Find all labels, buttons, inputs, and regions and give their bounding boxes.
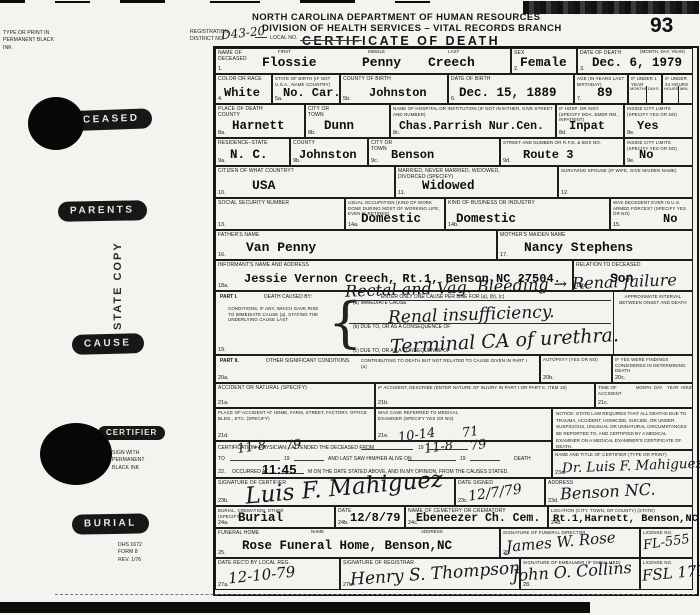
field-marital-status: MARRIED, NEVER MARRIED, WIDOWED, DIVORCE…: [395, 166, 558, 198]
county-of-birth-value: Johnston: [369, 86, 427, 100]
citizen-value: USA: [252, 178, 275, 193]
field-number: 14a.: [348, 223, 359, 229]
field-cemetery: NAME OF CEMETERY OR CREMATORY 24c. Ebene…: [405, 506, 548, 528]
burial-stamp: BURIAL: [72, 513, 149, 534]
residence-county-value: Johnston: [299, 148, 357, 162]
field-residence-state: RESIDENCE–STATE 9a. N. C.: [215, 138, 290, 166]
blank-line: [294, 453, 324, 461]
field-number: 5a.: [275, 97, 283, 103]
field-place-of-death-city: CITY OR TOWN 8b. Dunn: [305, 104, 390, 138]
field-label: IF ACCIDENT, DESCRIBE (ENTER NATURE OF I…: [378, 385, 592, 391]
field-label: PLACE OF DEATH COUNTY: [218, 106, 264, 119]
to-label: TO: [218, 456, 225, 462]
field-number: 21b.: [378, 401, 389, 407]
date-of-birth-value: Dec. 15, 1889: [459, 86, 557, 100]
field-burial-cremation: BURIAL, CREMATION, OTHER (SPECIFY) 24a. …: [215, 506, 335, 528]
scan-smudge-bar: [523, 1, 699, 14]
scan-artifact: [395, 1, 430, 3]
field-number: 20c.: [615, 376, 625, 382]
field-number: 20a.: [218, 376, 229, 382]
ink-blot: [40, 423, 112, 485]
state-copy-label: STATE COPY: [112, 238, 124, 330]
field-number: 8e.: [627, 131, 635, 137]
scan-dashed-line: [55, 594, 695, 595]
field-label: FATHER'S NAME: [218, 232, 494, 238]
day-subheader: DAY: [654, 386, 662, 391]
field-number: 17.: [500, 253, 508, 259]
cause-line-a: [349, 300, 611, 301]
year-subheader: YEAR: [667, 386, 678, 391]
field-number: 24a.: [218, 521, 229, 527]
field-label: TIME OF ACCIDENT: [598, 385, 632, 396]
residence-state-value: N. C.: [230, 148, 268, 162]
cemetery-value: Ebeneezer Ch. Cem.: [416, 512, 540, 525]
field-armed-forces: WAS DECEDENT EVER IN U.S. ARMED FORCES? …: [610, 198, 693, 230]
field-street-number: STREET AND NUMBER OR R.F.D. & BOX NO. 9d…: [500, 138, 624, 166]
type-or-print-note: TYPE OR PRINT IN PERMANENT BLACK INK: [3, 30, 55, 52]
field-date-of-death: DATE OF DEATH (MONTH, DAY, YEAR) 3. Dec.…: [577, 48, 693, 74]
field-sublabel: (MONTH, DAY, YEAR): [640, 50, 685, 55]
field-inside-city-limits-residence: INSIDE CITY LIMITS (SPECIFY YES OR NO) 9…: [624, 138, 693, 166]
field-number: 8b.: [308, 131, 316, 137]
scan-bottom-bar: [0, 602, 590, 613]
certifier-stamp: CERTIFIER: [98, 426, 165, 440]
field-number: 25.: [218, 551, 226, 557]
field-number: 9e.: [627, 159, 635, 165]
field-findings-considered: IF YES WERE FINDINGS CONSIDERED IN DETER…: [612, 355, 693, 383]
address-subheader: ADDRESS: [421, 530, 443, 535]
blank-line: [470, 453, 500, 461]
interval-label: APPROXIMATE INTERVAL BETWEEN ONSET AND D…: [616, 294, 690, 305]
father-name-value: Van Penny: [246, 240, 316, 255]
field-father-name: FATHER'S NAME 16. Van Penny: [215, 230, 497, 260]
hospital-value: Chas.Parrish Nur.Cen.: [399, 120, 544, 133]
field-number: 9d.: [503, 159, 511, 165]
field-number: 8d.: [559, 131, 567, 137]
date-of-death-value: Dec. 6, 1979: [592, 56, 682, 70]
field-number: 21e.: [378, 434, 389, 440]
field-number: 19.: [218, 348, 226, 354]
inside-city-limits-value: Yes: [637, 119, 659, 133]
ink-blot: [28, 97, 84, 150]
field-label: COUNTY: [293, 140, 365, 146]
field-number: 11.: [398, 191, 405, 197]
field-date-of-birth: DATE OF BIRTH 6. Dec. 15, 1889: [448, 74, 574, 104]
field-label: IF YES WERE FINDINGS CONSIDERED IN DETER…: [615, 357, 690, 374]
document-number: 93: [650, 14, 673, 38]
field-time-of-accident: TIME OF ACCIDENT MONTH DAY YEAR HOUR 21c…: [595, 383, 693, 408]
field-number: 10.: [218, 191, 226, 197]
field-label: KIND OF BUSINESS OR INDUSTRY: [448, 200, 607, 206]
part2-label: PART II.: [220, 358, 239, 364]
death-certificate-scan: NORTH CAROLINA DEPARTMENT OF HUMAN RESOU…: [0, 0, 700, 615]
min-subheader: MIN.: [680, 87, 688, 91]
field-label: DATE OF BIRTH: [451, 76, 571, 82]
race-value: White: [224, 86, 260, 100]
field-number: 18a.: [218, 284, 229, 290]
field-number: 23b.: [218, 499, 229, 505]
mother-name-value: Nancy Stephens: [524, 240, 633, 255]
field-residence-city: CITY OR TOWN 9c. Benson: [368, 138, 500, 166]
field-ssn: SOCIAL SECURITY NUMBER 13.: [215, 198, 345, 230]
field-name-of-deceased: NAME OF DECEASED FIRST MIDDLE LAST 1. Fl…: [215, 48, 511, 74]
scan-artifact: [120, 0, 165, 3]
burial-value: Burial: [238, 511, 283, 525]
sign-note: SIGN WITH PERMANENT BLACK INK: [112, 450, 145, 472]
contributing-label: CONTRIBUTING TO DEATH BUT NOT RELATED TO…: [361, 358, 533, 369]
field-label: AUTOPSY? (YES OR NO): [543, 357, 609, 363]
field-mother-maiden-name: MOTHER'S MAIDEN NAME 17. Nancy Stephens: [497, 230, 693, 260]
marital-status-value: Widowed: [422, 179, 475, 193]
residence-city-value: Benson: [391, 148, 434, 162]
inside-city-limits-value: No: [639, 148, 653, 162]
first-name-value: Flossie: [262, 55, 317, 70]
field-label: FUNERAL HOME: [218, 530, 268, 536]
field-label: INSIDE CITY LIMITS (SPECIFY YES OR NO): [627, 140, 690, 151]
local-number-label: LOCAL NO.: [270, 35, 297, 42]
field-label: WAS CASE REFERRED TO MEDICAL EXAMINER (S…: [378, 410, 468, 421]
field-number: 9c.: [371, 159, 378, 165]
part2-other-conditions: PART II. OTHER SIGNIFICANT CONDITIONS CO…: [215, 355, 540, 383]
armed-forces-value: No: [663, 212, 677, 226]
last-saw-alive-label: AND LAST SAW HIM/HER ALIVE ON: [328, 456, 412, 462]
field-surviving-spouse: SURVIVING SPOUSE (IF WIFE, GIVE MAIDEN N…: [558, 166, 693, 198]
field-label: ACCIDENT OR NATURAL (SPECIFY): [218, 385, 372, 391]
field-label: INSIDE CITY LIMITS (SPECIFY YES OR NO): [627, 106, 690, 117]
field-label: SURVIVING SPOUSE (IF WIFE, GIVE MAIDEN N…: [561, 168, 690, 174]
cell-divider: [646, 86, 647, 103]
field-number: 23c.: [458, 499, 468, 505]
field-place-of-death-county: PLACE OF DEATH COUNTY 8a. Harnett: [215, 104, 305, 138]
field-burial-location: LOCATION (CITY, TOWN, OR COUNTY) (STATE)…: [548, 506, 693, 528]
parents-stamp: PARENTS: [58, 200, 147, 222]
field-if-accident-describe: IF ACCIDENT, DESCRIBE (ENTER NATURE OF I…: [375, 383, 595, 408]
month-subheader: MONTH: [636, 386, 651, 391]
field-label: INFORMANT'S NAME AND ADDRESS: [218, 262, 570, 268]
state-of-birth-value: No. Car.: [283, 86, 341, 100]
blank-line: [300, 33, 362, 41]
field-label: NAME OF DECEASED: [218, 50, 260, 63]
burial-location-value: Rt.1,Harnett, Benson,NC: [553, 513, 698, 525]
field-label: CITIZEN OF WHAT COUNTRY?: [218, 168, 392, 174]
medical-examiner-notice: NOTICE: STATE LAW REQUIRES THAT ALL DEAT…: [552, 408, 693, 450]
occupation-value: Domestic: [361, 212, 421, 226]
middle-name-value: Penny: [362, 55, 401, 70]
field-number: 16.: [218, 253, 226, 259]
year-prefix: 19: [460, 456, 466, 462]
hours-subheader: HOURS: [664, 87, 678, 91]
cause-stamp: CAUSE: [72, 333, 144, 355]
field-label: COLOR OR RACE: [218, 76, 269, 82]
field-number: 21c.: [598, 401, 608, 407]
field-number: 21d.: [218, 434, 229, 440]
field-number: 6.: [451, 97, 456, 103]
last-name-value: Creech: [428, 55, 475, 70]
field-number: 12.: [561, 191, 569, 197]
field-label: COUNTY OF BIRTH: [343, 76, 445, 82]
field-label: WAS DECEDENT EVER IN U.S. ARMED FORCES? …: [613, 200, 690, 217]
header-line1: NORTH CAROLINA DEPARTMENT OF HUMAN RESOU…: [252, 13, 540, 23]
months-subheader: MONTHS: [630, 87, 647, 91]
field-funeral-home: FUNERAL HOME NAME ADDRESS 25. Rose Funer…: [215, 528, 500, 558]
field-number: 3.: [580, 67, 585, 73]
place-of-death-county-value: Harnett: [232, 119, 285, 133]
part1-label: PART I.: [220, 294, 237, 300]
field-number: 2.: [514, 67, 519, 73]
form-number: DHS 1672 FORM 8 REV. 1/76: [118, 542, 142, 564]
field-label: PLACE OF ACCIDENT AT HOME, FARM, STREET,…: [218, 410, 372, 421]
field-number: 21a.: [218, 401, 229, 407]
field-if-hosp-or-inst: IF HOSP. OR INST. (SPECIFY DOA, EMER RM.…: [556, 104, 624, 138]
field-county-of-birth: COUNTY OF BIRTH 5b. Johnston: [340, 74, 448, 104]
registration-district-value: D43-20: [220, 24, 265, 43]
burial-date-value: 12/8/79: [350, 511, 400, 525]
last-alive-year: 79: [469, 437, 487, 454]
field-number: 23d.: [548, 499, 559, 505]
field-number: 4.: [218, 97, 223, 103]
field-label: CITY OR TOWN: [308, 106, 338, 119]
attended-to-year: 79: [284, 437, 302, 454]
field-residence-county: COUNTY 9b. Johnston: [290, 138, 368, 166]
field-citizen-of-country: CITIZEN OF WHAT COUNTRY? 10. USA: [215, 166, 395, 198]
field-number: 9a.: [218, 159, 226, 165]
field-number: 27a.: [218, 583, 229, 589]
field-color-or-race: COLOR OR RACE 4. White: [215, 74, 272, 104]
field-number: 5b.: [343, 97, 351, 103]
place-of-death-city-value: Dunn: [324, 119, 354, 133]
field-if-under-24-hours: IF UNDER 24 HOURS HOURS MIN.: [662, 74, 693, 104]
death-word: DEATH: [514, 456, 531, 462]
field-business-industry: KIND OF BUSINESS OR INDUSTRY 14b. Domest…: [445, 198, 610, 230]
death-caused-by-label: DEATH CAUSED BY:: [264, 294, 312, 300]
field-number: 1.: [218, 67, 223, 73]
field-label: NAME OF HOSPITAL OR INSTITUTION (IF NOT …: [393, 106, 553, 117]
field-number: 13.: [218, 223, 226, 229]
field-label: MOTHER'S MAIDEN NAME: [500, 232, 690, 238]
scan-artifact: [55, 1, 90, 3]
field-number: 24b.: [338, 521, 349, 527]
field-age: AGE (IN YEARS LAST BIRTHDAY) 7. 89: [574, 74, 628, 104]
days-subheader: DAYS: [648, 87, 659, 91]
name-subheader: NAME: [311, 530, 324, 535]
field-place-of-accident: PLACE OF ACCIDENT AT HOME, FARM, STREET,…: [215, 408, 375, 441]
field-state-of-birth: STATE OF BIRTH (IF NOT U.S.A., NAME COUN…: [272, 74, 340, 104]
field-label: STREET AND NUMBER OR R.F.D. & BOX NO.: [503, 140, 621, 146]
cell-divider: [678, 86, 679, 103]
field-usual-occupation: USUAL OCCUPATION (KIND OF WORK DONE DURI…: [345, 198, 445, 230]
funeral-home-value: Rose Funeral Home, Benson,NC: [242, 539, 452, 553]
scan-artifact: [210, 1, 260, 3]
field-number: 8a.: [218, 131, 226, 137]
conditions-note: CONDITIONS, IF ANY, WHICH GAVE RISE TO I…: [228, 306, 320, 323]
scan-artifact: [300, 0, 355, 3]
field-number: 15.: [613, 223, 621, 229]
field-label: RELATION TO DECEASED: [576, 262, 690, 268]
time-of-death-stamp: 11:45: [262, 462, 297, 477]
field-sex: SEX 2. Female: [511, 48, 577, 74]
hour-subheader: HOUR: [681, 386, 693, 391]
sex-value: Female: [520, 55, 567, 70]
field-if-under-1-year: IF UNDER 1 YEAR MONTHS DAYS: [628, 74, 662, 104]
field-accident-or-natural: ACCIDENT OR NATURAL (SPECIFY) 21a.: [215, 383, 375, 408]
field-burial-date: DATE 24b. 12/8/79: [335, 506, 405, 528]
inst-status-value: Inpat: [569, 119, 605, 133]
street-value: Route 3: [523, 148, 573, 162]
field-hospital-or-institution: NAME OF HOSPITAL OR INSTITUTION (IF NOT …: [390, 104, 556, 138]
field-label: SOCIAL SECURITY NUMBER: [218, 200, 342, 206]
field-number: 7.: [577, 97, 582, 103]
field-autopsy: AUTOPSY? (YES OR NO) 20b.: [540, 355, 612, 383]
field-number: 20b.: [543, 376, 554, 382]
field-number: 22.: [218, 469, 226, 476]
field-inside-city-limits-death: INSIDE CITY LIMITS (SPECIFY YES OR NO) 8…: [624, 104, 693, 138]
industry-value: Domestic: [456, 212, 516, 226]
field-label: RESIDENCE–STATE: [218, 140, 287, 146]
scan-artifact: [0, 0, 25, 3]
age-value: 89: [597, 85, 613, 100]
other-significant-conditions-label: OTHER SIGNIFICANT CONDITIONS: [266, 358, 349, 364]
